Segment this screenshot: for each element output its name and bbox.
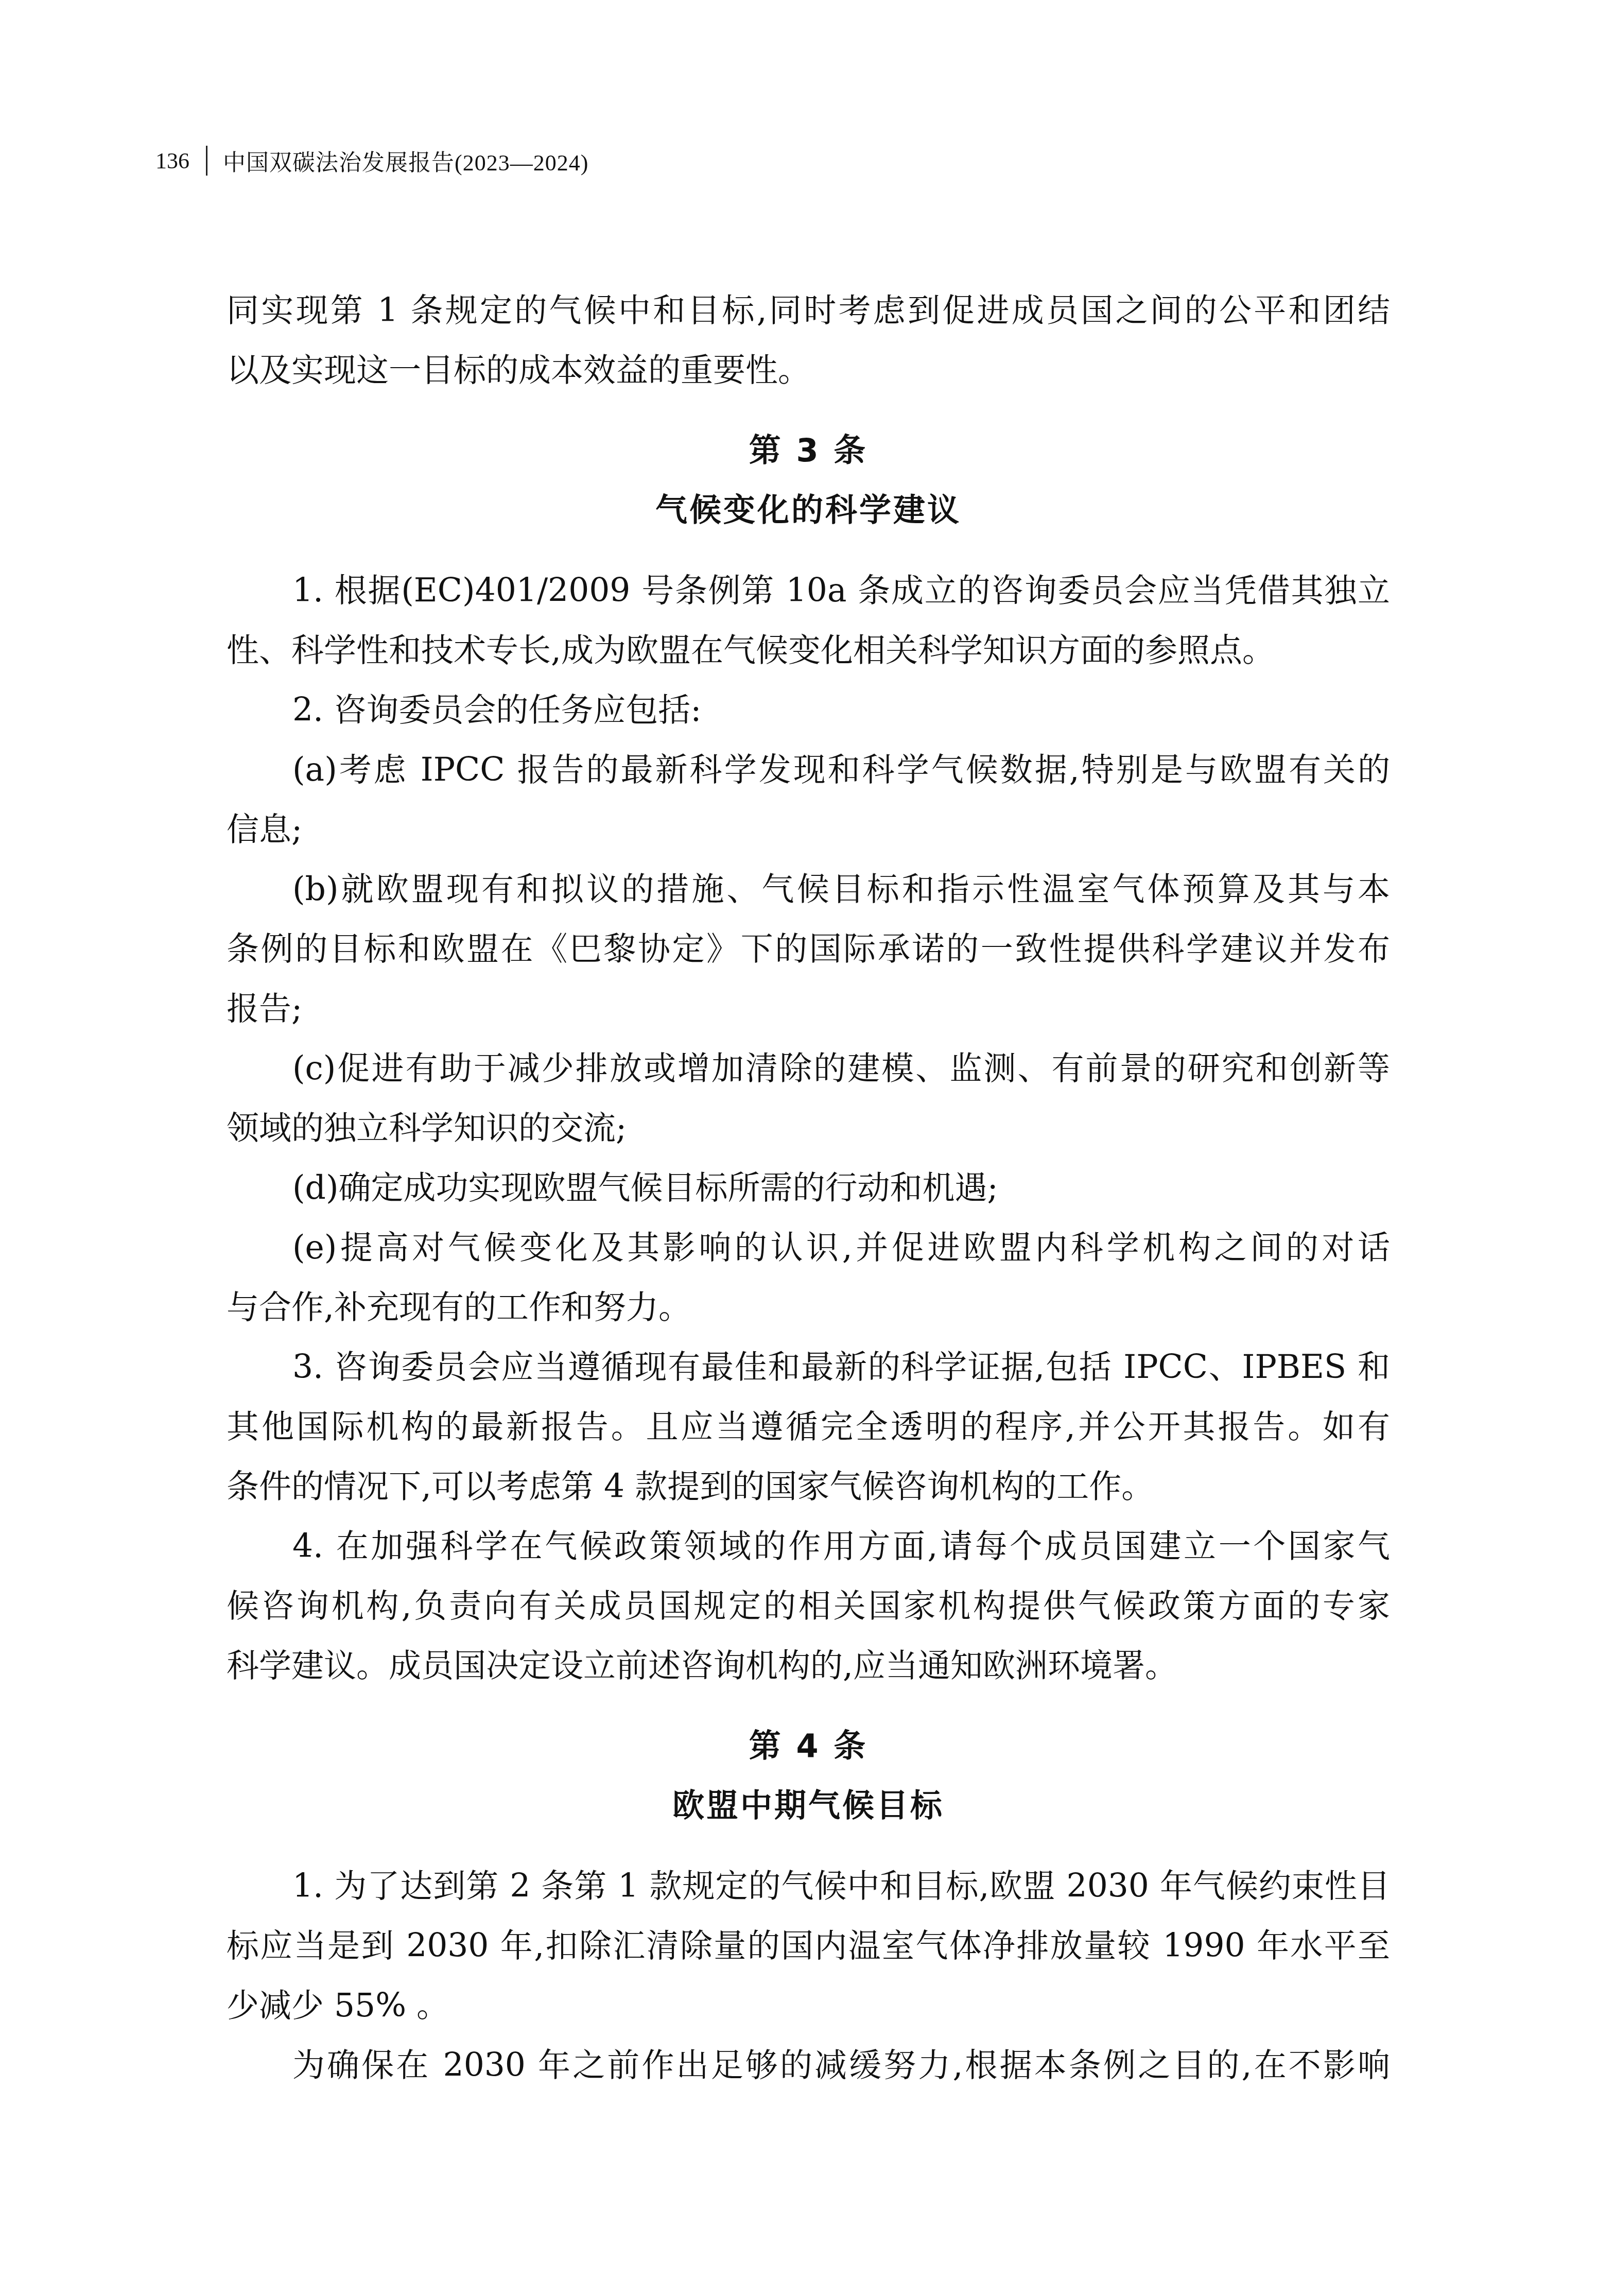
text-line: 候咨询机构,负责向有关成员国规定的相关国家机构提供气候政策方面的专家 bbox=[227, 1576, 1390, 1636]
text-line: 1. 根据(EC)401/2009 号条例第 10a 条成立的咨询委员会应当凭借… bbox=[227, 561, 1390, 620]
paragraph: (d)确定成功实现欧盟气候目标所需的行动和机遇; bbox=[227, 1158, 1390, 1218]
page-body: 同实现第 1 条规定的气候中和目标,同时考虑到促进成员国之间的公平和团结以及实现… bbox=[227, 281, 1390, 2095]
text-line: 以及实现这一目标的成本效益的重要性。 bbox=[227, 340, 1390, 400]
spacer bbox=[227, 400, 1390, 421]
running-head: 136 中国双碳法治发展报告(2023—2024) bbox=[155, 145, 588, 176]
article-title: 欧盟中期气候目标 bbox=[227, 1776, 1390, 1836]
paragraph: 4. 在加强科学在气候政策领域的作用方面,请每个成员国建立一个国家气候咨询机构,… bbox=[227, 1516, 1390, 1696]
text-line: 4. 在加强科学在气候政策领域的作用方面,请每个成员国建立一个国家气 bbox=[227, 1516, 1390, 1576]
spacer bbox=[227, 540, 1390, 561]
text-line: 报告; bbox=[227, 979, 1390, 1039]
book-title: 中国双碳法治发展报告(2023—2024) bbox=[223, 144, 588, 177]
paragraph: 3. 咨询委员会应当遵循现有最佳和最新的科学证据,包括 IPCC、IPBES 和… bbox=[227, 1337, 1390, 1516]
article-heading: 第 3 条气候变化的科学建议 bbox=[227, 400, 1390, 561]
paragraph: 2. 咨询委员会的任务应包括: bbox=[227, 680, 1390, 740]
text-line: 为确保在 2030 年之前作出足够的减缓努力,根据本条例之目的,在不影响 bbox=[227, 2035, 1390, 2095]
text-line: (d)确定成功实现欧盟气候目标所需的行动和机遇; bbox=[227, 1158, 1390, 1218]
spacer bbox=[227, 1696, 1390, 1716]
text-line: (a)考虑 IPCC 报告的最新科学发现和科学气候数据,特别是与欧盟有关的 bbox=[227, 740, 1390, 800]
text-line: 其他国际机构的最新报告。且应当遵循完全透明的程序,并公开其报告。如有 bbox=[227, 1397, 1390, 1457]
text-line: 标应当是到 2030 年,扣除汇清除量的国内温室气体净排放量较 1990 年水平… bbox=[227, 1916, 1390, 1976]
article-number: 第 4 条 bbox=[227, 1716, 1390, 1776]
article-title: 气候变化的科学建议 bbox=[227, 480, 1390, 540]
text-line: 条件的情况下,可以考虑第 4 款提到的国家气候咨询机构的工作。 bbox=[227, 1457, 1390, 1516]
paragraph: 为确保在 2030 年之前作出足够的减缓努力,根据本条例之目的,在不影响 bbox=[227, 2035, 1390, 2095]
paragraph: (e)提高对气候变化及其影响的认识,并促进欧盟内科学机构之间的对话与合作,补充现… bbox=[227, 1218, 1390, 1337]
paragraph: (c)促进有助于减少排放或增加清除的建模、监测、有前景的研究和创新等领域的独立科… bbox=[227, 1039, 1390, 1158]
paragraph: (b)就欧盟现有和拟议的措施、气候目标和指示性温室气体预算及其与本条例的目标和欧… bbox=[227, 859, 1390, 1039]
text-line: 2. 咨询委员会的任务应包括: bbox=[227, 680, 1390, 740]
text-line: (c)促进有助于减少排放或增加清除的建模、监测、有前景的研究和创新等 bbox=[227, 1039, 1390, 1098]
paragraph: 1. 根据(EC)401/2009 号条例第 10a 条成立的咨询委员会应当凭借… bbox=[227, 561, 1390, 680]
text-line: 领域的独立科学知识的交流; bbox=[227, 1098, 1390, 1158]
text-line: 与合作,补充现有的工作和努力。 bbox=[227, 1278, 1390, 1337]
page-number: 136 bbox=[155, 148, 189, 174]
paragraph: (a)考虑 IPCC 报告的最新科学发现和科学气候数据,特别是与欧盟有关的信息; bbox=[227, 740, 1390, 859]
text-line: 信息; bbox=[227, 800, 1390, 859]
text-line: (b)就欧盟现有和拟议的措施、气候目标和指示性温室气体预算及其与本 bbox=[227, 859, 1390, 919]
article-heading: 第 4 条欧盟中期气候目标 bbox=[227, 1696, 1390, 1856]
text-line: 同实现第 1 条规定的气候中和目标,同时考虑到促进成员国之间的公平和团结 bbox=[227, 281, 1390, 340]
text-line: (e)提高对气候变化及其影响的认识,并促进欧盟内科学机构之间的对话 bbox=[227, 1218, 1390, 1278]
text-line: 3. 咨询委员会应当遵循现有最佳和最新的科学证据,包括 IPCC、IPBES 和 bbox=[227, 1337, 1390, 1397]
paragraph: 1. 为了达到第 2 条第 1 款规定的气候中和目标,欧盟 2030 年气候约束… bbox=[227, 1856, 1390, 2035]
article-number: 第 3 条 bbox=[227, 421, 1390, 480]
text-line: 条例的目标和欧盟在《巴黎协定》下的国际承诺的一致性提供科学建议并发布 bbox=[227, 919, 1390, 979]
text-line: 科学建议。成员国决定设立前述咨询机构的,应当通知欧洲环境署。 bbox=[227, 1636, 1390, 1696]
text-line: 1. 为了达到第 2 条第 1 款规定的气候中和目标,欧盟 2030 年气候约束… bbox=[227, 1856, 1390, 1916]
header-separator bbox=[206, 146, 207, 176]
spacer bbox=[227, 1836, 1390, 1856]
text-line: 性、科学性和技术专长,成为欧盟在气候变化相关科学知识方面的参照点。 bbox=[227, 620, 1390, 680]
paragraph: 同实现第 1 条规定的气候中和目标,同时考虑到促进成员国之间的公平和团结以及实现… bbox=[227, 281, 1390, 400]
text-line: 少减少 55% 。 bbox=[227, 1976, 1390, 2035]
